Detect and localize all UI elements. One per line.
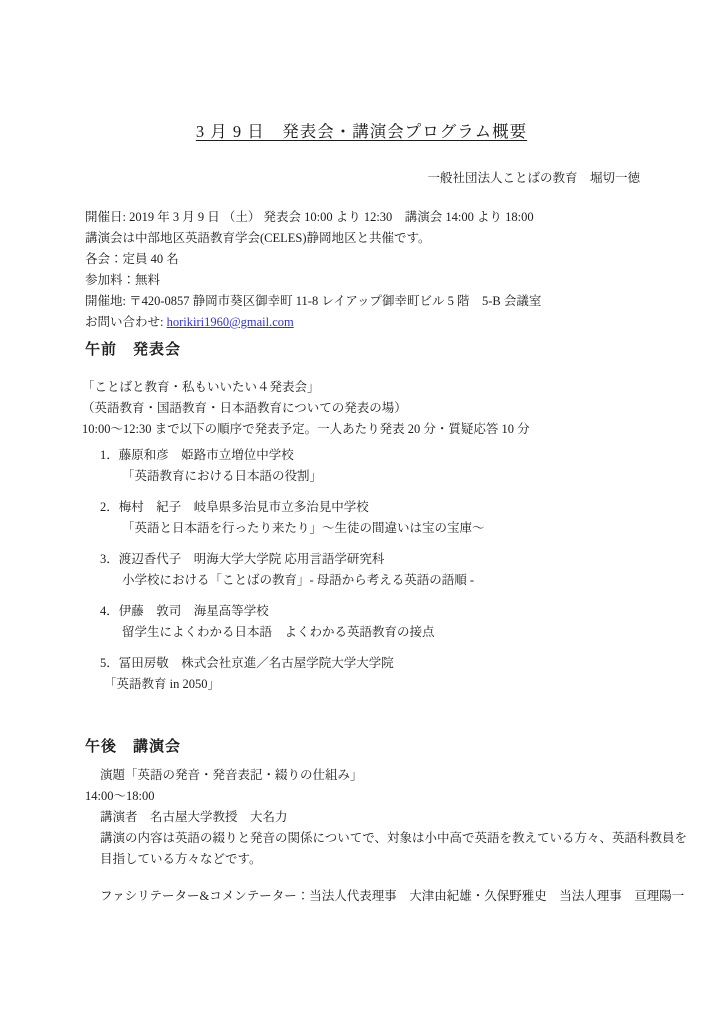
event-cohost-line: 講演会は中部地区英語教育学会(CELES)静岡地区と共催です。 <box>85 228 643 249</box>
presentation-title: 小学校における「ことばの教育」- 母語から考える英語の語順 - <box>122 570 723 591</box>
event-capacity-line: 各会：定員 40 名 <box>85 249 643 270</box>
presentation-title: 「英語教育における日本語の役割」 <box>122 466 723 487</box>
organization-author-line: 一般社団法人ことばの教育 堀切一徳 <box>0 170 723 187</box>
morning-intro-title: 「ことばと教育・私もいいたい４発表会」 <box>82 377 723 398</box>
lecture-description-line-2: 目指している方々などです。 <box>100 849 723 870</box>
afternoon-section-heading: 午後 講演会 <box>85 737 723 757</box>
lecture-description-line-1: 講演の内容は英語の綴りと発音の関係についてで、対象は小中高で英語を教えている方々… <box>100 828 723 849</box>
presentation-item: 2．梅村 紀子 岐阜県多治見市立多治見中学校 「英語と日本語を行ったり来たり」～… <box>100 497 723 539</box>
morning-section-heading: 午前 発表会 <box>85 340 723 360</box>
presenter-line: 4．伊藤 敦司 海星高等学校 <box>100 601 723 622</box>
facilitators-line: ファシリテーター&コメンテーター：当法人代表理事 大津由紀雄・久保野雅史 当法人… <box>100 886 723 907</box>
event-venue-line: 開催地: 〒420-0857 静岡市葵区御幸町 11-8 レイアップ御幸町ビル … <box>85 291 643 312</box>
presenter-line: 1．藤原和彦 姫路市立増位中学校 <box>100 445 723 466</box>
presentation-item: 1．藤原和彦 姫路市立増位中学校 「英語教育における日本語の役割」 <box>100 445 723 487</box>
page-title-text: 3 月 9 日 発表会・講演会プログラム概要 <box>196 122 527 141</box>
morning-intro-block: 「ことばと教育・私もいいたい４発表会」 （英語教育・国語教育・日本語教育について… <box>82 377 723 440</box>
event-fee-line: 参加料：無料 <box>85 270 643 291</box>
presenter-line: 5．冨田房敬 株式会社京進／名古屋学院大学大学院 <box>100 653 723 674</box>
contact-line: お問い合わせ: horikiri1960@gmail.com <box>85 312 643 333</box>
presentation-title: 「英語と日本語を行ったり来たり」～生徒の間違いは宝の宝庫～ <box>122 518 723 539</box>
contact-email-link[interactable]: horikiri1960@gmail.com <box>167 315 294 329</box>
presentation-title: 「英語教育 in 2050」 <box>104 674 723 695</box>
presenter-line: 3．渡辺香代子 明海大学大学院 応用言語学研究科 <box>100 549 723 570</box>
lecture-speaker-line: 講演者 名古屋大学教授 大名力 <box>100 807 723 828</box>
presentation-item: 5．冨田房敬 株式会社京進／名古屋学院大学大学院 「英語教育 in 2050」 <box>100 653 723 695</box>
presentation-title: 留学生によくわかる日本語 よくわかる英語教育の接点 <box>122 622 723 643</box>
page-title: 3 月 9 日 発表会・講演会プログラム概要 <box>0 0 723 144</box>
presentation-item: 3．渡辺香代子 明海大学大学院 応用言語学研究科 小学校における「ことばの教育」… <box>100 549 723 591</box>
lecture-time-line: 14:00～18:00 <box>85 786 723 807</box>
morning-intro-scope: （英語教育・国語教育・日本語教育についての発表の場） <box>82 398 723 419</box>
document-page: 3 月 9 日 発表会・講演会プログラム概要 一般社団法人ことばの教育 堀切一徳… <box>0 0 723 1024</box>
presentation-item: 4．伊藤 敦司 海星高等学校 留学生によくわかる日本語 よくわかる英語教育の接点 <box>100 601 723 643</box>
morning-intro-schedule: 10:00～12:30 まで以下の順序で発表予定。一人あたり発表 20 分・質疑… <box>82 419 723 440</box>
lecture-topic-line: 演題「英語の発音・発音表記・綴りの仕組み」 <box>100 765 723 786</box>
contact-label: お問い合わせ: <box>85 315 167 329</box>
event-date-line: 開催日: 2019 年 3 月 9 日 （土） 発表会 10:00 より 12:… <box>85 207 643 228</box>
presenter-line: 2．梅村 紀子 岐阜県多治見市立多治見中学校 <box>100 497 723 518</box>
afternoon-block: 演題「英語の発音・発音表記・綴りの仕組み」 14:00～18:00 講演者 名古… <box>0 765 723 907</box>
presentation-list: 1．藤原和彦 姫路市立増位中学校 「英語教育における日本語の役割」 2．梅村 紀… <box>0 445 723 695</box>
event-info-block: 開催日: 2019 年 3 月 9 日 （土） 発表会 10:00 より 12:… <box>85 207 643 333</box>
